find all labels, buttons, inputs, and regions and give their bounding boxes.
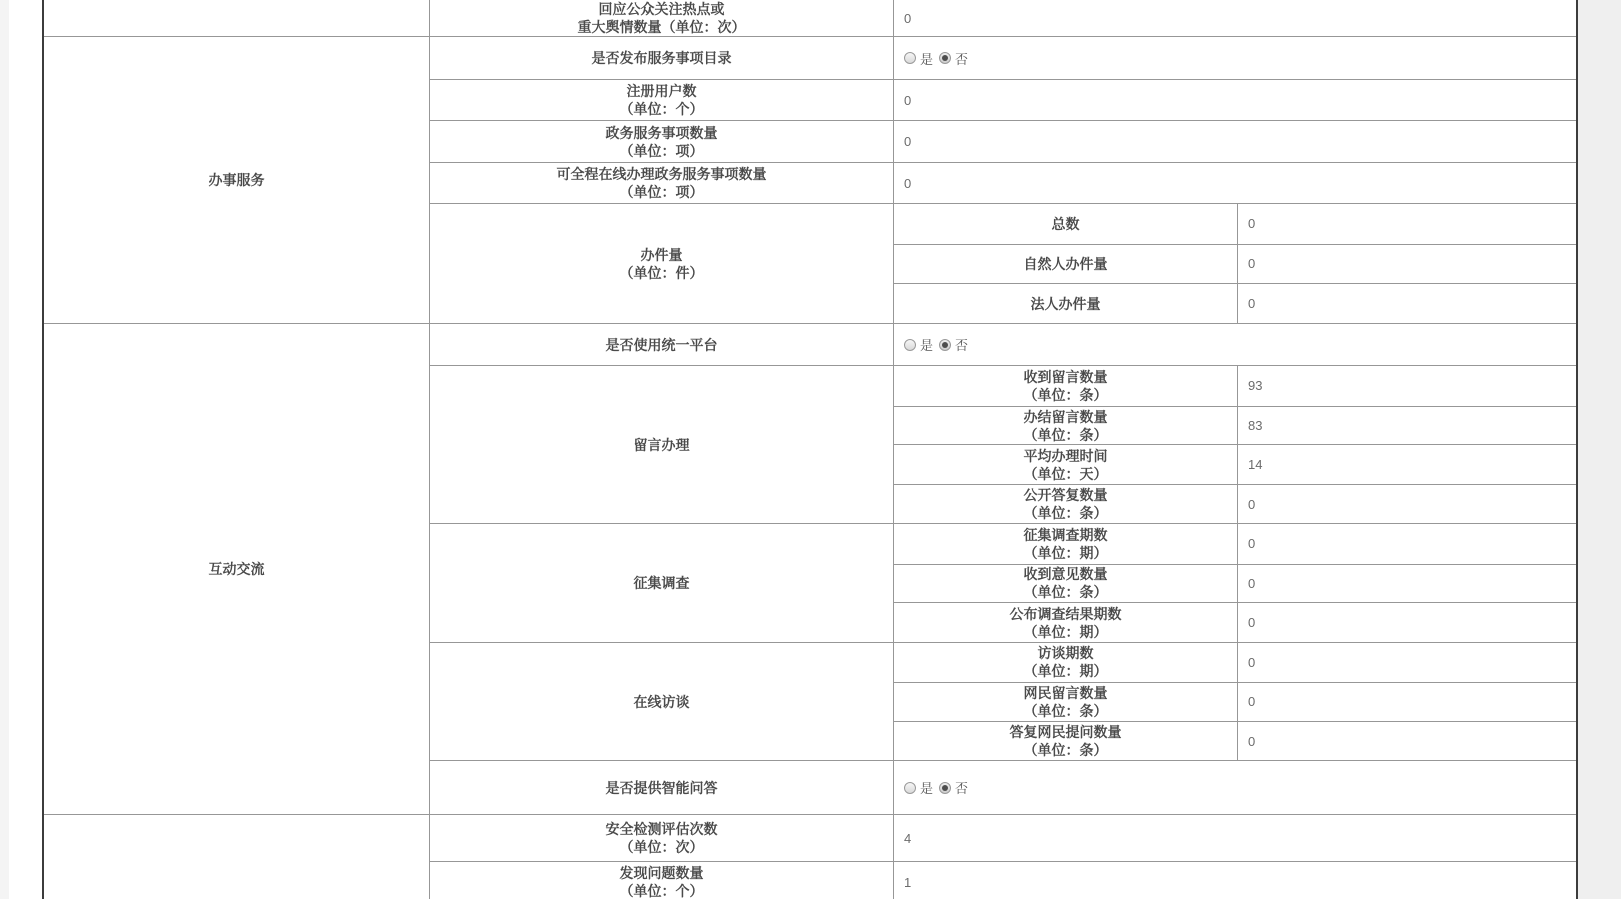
label-line: （单位：个） [620,100,704,118]
label-line: （单位：条） [1024,386,1108,404]
table-sub-row: 公开答复数量（单位：条）0 [894,484,1576,523]
sub-label-cell: 收到意见数量（单位：条） [894,565,1237,603]
category-cell: 互动交流 [44,324,429,814]
table-row: 政务服务事项数量（单位：项）0 [430,120,1576,162]
label-line: （单位：条） [1024,504,1108,522]
table-sub-row: 收到留言数量（单位：条）93 [894,366,1576,406]
table-row: 在线访谈访谈期数（单位：期）0网民留言数量（单位：条）0答复网民提问数量（单位：… [430,642,1576,760]
category-label: 互动交流 [209,560,265,578]
radio-option-no[interactable]: 否 [939,335,968,354]
table-row: 征集调查征集调查期数（单位：期）0收到意见数量（单位：条）0公布调查结果期数（单… [430,523,1576,642]
table-row: 办件量（单位：件）总数0自然人办件量0法人办件量0 [430,203,1576,323]
page-right-margin [1578,0,1621,899]
radio-option-yes[interactable]: 是 [904,335,933,354]
table-row: 是否提供智能问答是否 [430,760,1576,814]
row-label-cell: 安全检测评估次数（单位：次） [430,815,894,861]
label-line: （单位：件） [620,264,704,282]
label-line: （单位：条） [1024,741,1108,759]
label-line: 征集调查期数 [1024,526,1108,544]
label-line: （单位：项） [620,183,704,201]
label-line: 法人办件量 [1031,295,1101,313]
sub-value-cell: 0 [1237,204,1576,244]
label-line: 可全程在线办理政务服务事项数量 [557,165,767,183]
radio-label: 否 [955,49,968,68]
value-cell: 1 [894,862,1576,899]
table-sub-row: 征集调查期数（单位：期）0 [894,524,1576,564]
radio-group: 是否 [904,49,968,68]
radio-button-no-icon[interactable] [939,782,951,794]
label-line: 办结留言数量 [1024,408,1108,426]
sub-rows: 收到留言数量（单位：条）93办结留言数量（单位：条）83平均办理时间（单位：天）… [894,366,1576,523]
sub-value-cell: 0 [1237,565,1576,603]
table-row: 是否发布服务事项目录是否 [430,37,1576,79]
label-line: 留言办理 [634,436,690,454]
page: 回应公众关注热点或重大舆情数量（单位：次）0办事服务是否发布服务事项目录是否注册… [0,0,1621,899]
sub-value-cell: 0 [1237,485,1576,523]
row-label-cell: 可全程在线办理政务服务事项数量（单位：项） [430,163,894,203]
value-cell: 4 [894,815,1576,861]
section-rows: 安全检测评估次数（单位：次）4发现问题数量（单位：个）1 [429,815,1576,899]
label-line: （单位：期） [1024,544,1108,562]
label-line: 发现问题数量 [620,864,704,882]
row-label-cell: 是否使用统一平台 [430,324,894,365]
sub-value-cell: 0 [1237,643,1576,682]
row-label-cell: 是否提供智能问答 [430,761,894,814]
sub-value-cell: 0 [1237,245,1576,284]
radio-value-cell: 是否 [894,761,1576,814]
label-line: （单位：期） [1024,662,1108,680]
row-label-cell: 回应公众关注热点或重大舆情数量（单位：次） [430,0,894,36]
label-line: 是否提供智能问答 [606,779,718,797]
label-line: 网民留言数量 [1024,684,1108,702]
table-row: 是否使用统一平台是否 [430,324,1576,365]
label-line: （单位：天） [1024,465,1108,483]
table-row: 注册用户数（单位：个）0 [430,79,1576,120]
radio-option-yes[interactable]: 是 [904,778,933,797]
row-label-cell: 发现问题数量（单位：个） [430,862,894,899]
table-section: 互动交流是否使用统一平台是否留言办理收到留言数量（单位：条）93办结留言数量（单… [44,323,1576,814]
radio-group: 是否 [904,335,968,354]
label-line: （单位：次） [620,838,704,856]
label-line: 在线访谈 [634,693,690,711]
label-line: （单位：条） [1024,426,1108,444]
table-sub-row: 自然人办件量0 [894,244,1576,284]
radio-option-yes[interactable]: 是 [904,49,933,68]
row-label-cell: 是否发布服务事项目录 [430,37,894,79]
label-line: 办件量 [641,246,683,264]
table-row: 留言办理收到留言数量（单位：条）93办结留言数量（单位：条）83平均办理时间（单… [430,365,1576,523]
label-line: 重大舆情数量（单位：次） [578,18,746,36]
sub-label-cell: 总数 [894,204,1237,244]
sub-label-cell: 征集调查期数（单位：期） [894,524,1237,564]
radio-option-no[interactable]: 否 [939,49,968,68]
label-line: （单位：项） [620,142,704,160]
sub-label-cell: 答复网民提问数量（单位：条） [894,722,1237,760]
table-row: 可全程在线办理政务服务事项数量（单位：项）0 [430,162,1576,203]
radio-value-cell: 是否 [894,324,1576,365]
label-line: 访谈期数 [1038,644,1094,662]
label-line: 征集调查 [634,574,690,592]
category-label: 办事服务 [209,171,265,189]
radio-button-yes-icon[interactable] [904,52,916,64]
table-sub-row: 办结留言数量（单位：条）83 [894,406,1576,445]
table-sub-row: 总数0 [894,204,1576,244]
sub-value-cell: 0 [1237,603,1576,642]
section-rows: 是否发布服务事项目录是否注册用户数（单位：个）0政务服务事项数量（单位：项）0可… [429,37,1576,323]
label-line: 平均办理时间 [1024,447,1108,465]
sub-label-cell: 公布调查结果期数（单位：期） [894,603,1237,642]
row-label-cell: 办件量（单位：件） [430,204,894,323]
label-line: 自然人办件量 [1024,255,1108,273]
row-label-cell: 留言办理 [430,366,894,523]
table-sub-row: 公布调查结果期数（单位：期）0 [894,602,1576,642]
label-line: 是否使用统一平台 [606,336,718,354]
value-cell: 0 [894,121,1576,162]
table-row: 发现问题数量（单位：个）1 [430,861,1576,899]
table-row: 安全检测评估次数（单位：次）4 [430,815,1576,861]
table-row: 回应公众关注热点或重大舆情数量（单位：次）0 [430,0,1576,36]
label-line: 公开答复数量 [1024,486,1108,504]
report-table: 回应公众关注热点或重大舆情数量（单位：次）0办事服务是否发布服务事项目录是否注册… [42,0,1578,899]
label-line: 收到留言数量 [1024,368,1108,386]
table-section: 回应公众关注热点或重大舆情数量（单位：次）0 [44,0,1576,36]
radio-value-cell: 是否 [894,37,1576,79]
label-line: 答复网民提问数量 [1010,723,1122,741]
sub-value-cell: 93 [1237,366,1576,406]
label-line: 回应公众关注热点或 [599,0,725,18]
label-line: 政务服务事项数量 [606,124,718,142]
value-cell: 0 [894,163,1576,203]
radio-button-yes-icon[interactable] [904,782,916,794]
table-sub-row: 收到意见数量（单位：条）0 [894,564,1576,603]
sub-label-cell: 自然人办件量 [894,245,1237,284]
radio-option-no[interactable]: 否 [939,778,968,797]
label-line: 公布调查结果期数 [1010,605,1122,623]
label-line: 是否发布服务事项目录 [592,49,732,67]
sub-label-cell: 公开答复数量（单位：条） [894,485,1237,523]
label-line: （单位：条） [1024,583,1108,601]
radio-group: 是否 [904,778,968,797]
sub-label-cell: 访谈期数（单位：期） [894,643,1237,682]
label-line: 收到意见数量 [1024,565,1108,583]
sub-label-cell: 法人办件量 [894,284,1237,323]
row-label-cell: 注册用户数（单位：个） [430,80,894,120]
row-label-cell: 政务服务事项数量（单位：项） [430,121,894,162]
sub-value-cell: 0 [1237,524,1576,564]
label-line: 注册用户数 [627,82,697,100]
sub-label-cell: 平均办理时间（单位：天） [894,445,1237,484]
section-rows: 回应公众关注热点或重大舆情数量（单位：次）0 [429,0,1576,36]
category-cell [44,0,429,36]
label-line: （单位：个） [620,882,704,899]
sub-label-cell: 网民留言数量（单位：条） [894,683,1237,722]
label-line: （单位：期） [1024,623,1108,641]
sub-value-cell: 0 [1237,722,1576,760]
sub-value-cell: 83 [1237,407,1576,445]
table-sub-row: 法人办件量0 [894,283,1576,323]
row-label-cell: 征集调查 [430,524,894,642]
sub-value-cell: 0 [1237,683,1576,722]
table-sub-row: 访谈期数（单位：期）0 [894,643,1576,682]
sub-value-cell: 14 [1237,445,1576,484]
table-section: 办事服务是否发布服务事项目录是否注册用户数（单位：个）0政务服务事项数量（单位：… [44,36,1576,323]
label-line: 安全检测评估次数 [606,820,718,838]
sub-label-cell: 办结留言数量（单位：条） [894,407,1237,445]
section-rows: 是否使用统一平台是否留言办理收到留言数量（单位：条）93办结留言数量（单位：条）… [429,324,1576,814]
radio-label: 否 [955,778,968,797]
radio-button-no-icon[interactable] [939,339,951,351]
radio-button-yes-icon[interactable] [904,339,916,351]
sub-rows: 总数0自然人办件量0法人办件量0 [894,204,1576,323]
page-left-edge [0,0,9,899]
label-line: （单位：条） [1024,702,1108,720]
radio-label: 是 [920,778,933,797]
table-sub-row: 答复网民提问数量（单位：条）0 [894,721,1576,760]
sub-rows: 征集调查期数（单位：期）0收到意见数量（单位：条）0公布调查结果期数（单位：期）… [894,524,1576,642]
radio-label: 否 [955,335,968,354]
radio-label: 是 [920,335,933,354]
category-cell [44,815,429,899]
row-label-cell: 在线访谈 [430,643,894,760]
category-cell: 办事服务 [44,37,429,323]
table-sub-row: 平均办理时间（单位：天）14 [894,444,1576,484]
radio-button-no-icon[interactable] [939,52,951,64]
sub-rows: 访谈期数（单位：期）0网民留言数量（单位：条）0答复网民提问数量（单位：条）0 [894,643,1576,760]
label-line: 总数 [1052,215,1080,233]
table-sub-row: 网民留言数量（单位：条）0 [894,682,1576,722]
table-section: 安全检测评估次数（单位：次）4发现问题数量（单位：个）1 [44,814,1576,899]
radio-label: 是 [920,49,933,68]
value-cell: 0 [894,0,1576,36]
sub-value-cell: 0 [1237,284,1576,323]
sub-label-cell: 收到留言数量（单位：条） [894,366,1237,406]
value-cell: 0 [894,80,1576,120]
